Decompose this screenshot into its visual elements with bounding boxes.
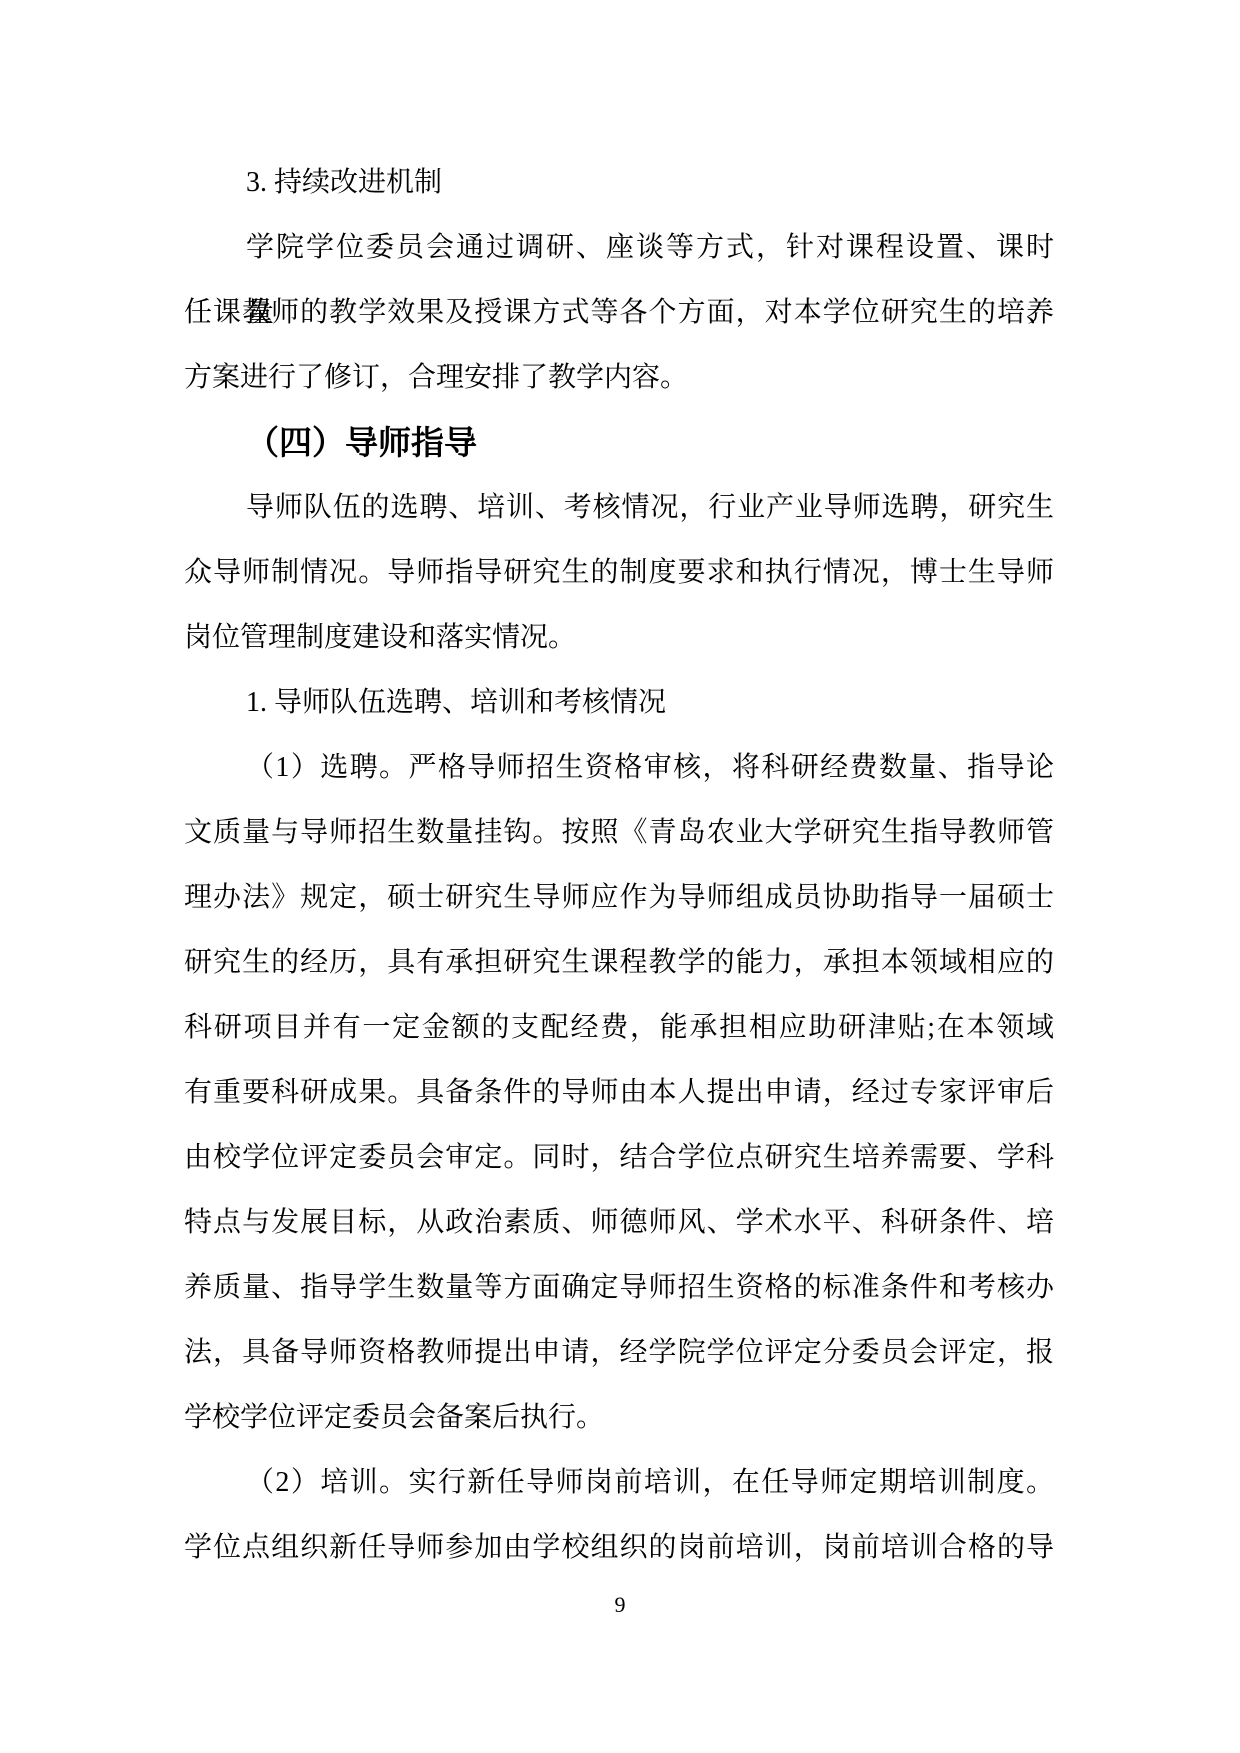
text-line: 法，具备导师资格教师提出申请，经学院学位评定分委员会评定，报	[184, 1320, 1054, 1385]
section-heading: （四）导师指导	[184, 410, 1054, 475]
text-line: 科研项目并有一定金额的支配经费，能承担相应助研津贴;在本领域	[184, 995, 1054, 1060]
text-line: 1. 导师队伍选聘、培训和考核情况	[184, 670, 1054, 735]
text-line: 研究生的经历，具有承担研究生课程教学的能力，承担本领域相应的	[184, 930, 1054, 995]
text-line: 文质量与导师招生数量挂钩。按照《青岛农业大学研究生指导教师管	[184, 800, 1054, 865]
text-line: 学校学位评定委员会备案后执行。	[184, 1385, 1054, 1450]
text-line: 3. 持续改进机制	[184, 150, 1054, 215]
page-number: 9	[0, 1592, 1240, 1618]
text-line: 特点与发展目标，从政治素质、师德师风、学术水平、科研条件、培	[184, 1190, 1054, 1255]
text-line: 养质量、指导学生数量等方面确定导师招生资格的标准条件和考核办	[184, 1255, 1054, 1320]
text-line: 岗位管理制度建设和落实情况。	[184, 605, 1054, 670]
text-line: 有重要科研成果。具备条件的导师由本人提出申请，经过专家评审后	[184, 1060, 1054, 1125]
text-line: 众导师制情况。导师指导研究生的制度要求和执行情况，博士生导师	[184, 540, 1054, 605]
text-line: 导师队伍的选聘、培训、考核情况，行业产业导师选聘，研究生	[184, 475, 1054, 540]
text-line: 学院学位委员会通过调研、座谈等方式，针对课程设置、课时量、	[184, 215, 1054, 280]
text-line: （1）选聘。严格导师招生资格审核，将科研经费数量、指导论	[184, 735, 1054, 800]
text-line: 由校学位评定委员会审定。同时，结合学位点研究生培养需要、学科	[184, 1125, 1054, 1190]
text-line: 学位点组织新任导师参加由学校组织的岗前培训，岗前培训合格的导	[184, 1515, 1054, 1580]
text-line: 任课教师的教学效果及授课方式等各个方面，对本学位研究生的培养	[184, 280, 1054, 345]
text-line: 理办法》规定，硕士研究生导师应作为导师组成员协助指导一届硕士	[184, 865, 1054, 930]
document-page: 3. 持续改进机制学院学位委员会通过调研、座谈等方式，针对课程设置、课时量、任课…	[0, 0, 1240, 1753]
document-body: 3. 持续改进机制学院学位委员会通过调研、座谈等方式，针对课程设置、课时量、任课…	[184, 150, 1054, 1580]
text-line: 方案进行了修订，合理安排了教学内容。	[184, 345, 1054, 410]
text-line: （2）培训。实行新任导师岗前培训，在任导师定期培训制度。	[184, 1450, 1054, 1515]
